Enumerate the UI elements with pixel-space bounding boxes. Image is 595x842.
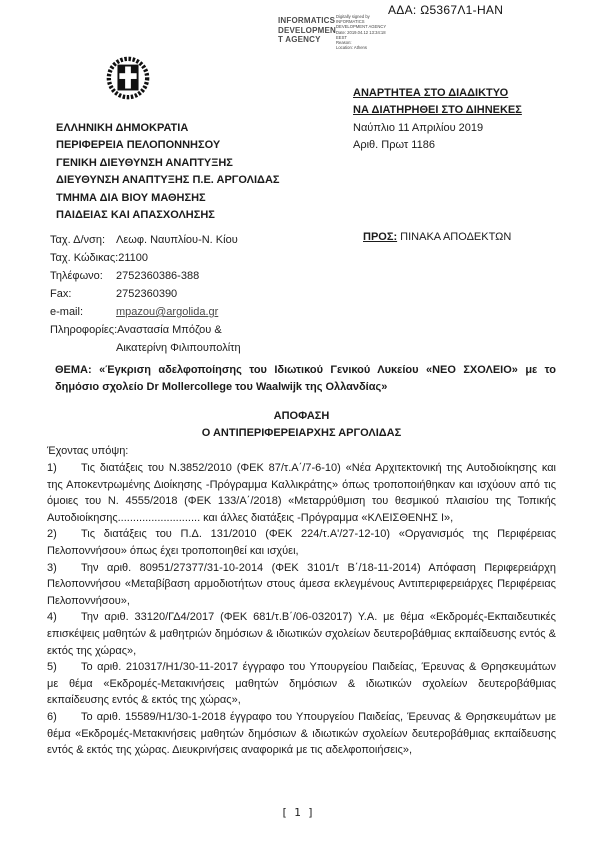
legal-item-text: Τις διατάξεις του Π.Δ. 131/2010 (ΦΕΚ 224… [47,528,556,557]
legal-item: 6)Το αριθ. 15589/Η1/30-1-2018 έγγραφο το… [47,709,556,759]
page-number: [ 1 ] [0,806,595,819]
legal-item-text: Το αριθ. 210317/Η1/30-11-2017 έγγραφο το… [47,661,556,706]
recipient-block: ΠΡΟΣ: ΠΙΝΑΚΑ ΑΠΟΔΕΚΤΩΝ [363,231,511,243]
contact-row: Fax: 2752360390 [50,285,350,303]
issuing-authority-block: ΕΛΛΗΝΙΚΗ ΔΗΜΟΚΡΑΤΙΑ ΠΕΡΙΦΕΡΕΙΑ ΠΕΛΟΠΟΝΝΗ… [56,120,280,224]
legal-item: 1)Τις διατάξεις του Ν.3852/2010 (ΦΕΚ 87/… [47,460,556,526]
contact-row: Αικατερίνη Φιλιπουπολίτη [50,339,350,357]
recipient-label: ΠΡΟΣ: [363,231,397,243]
contact-label: Fax: [50,285,116,303]
subject-label: ΘΕΜΑ: [55,364,92,376]
authority-line: ΠΑΙΔΕΙΑΣ ΚΑΙ ΑΠΑΣΧΟΛΗΣΗΣ [56,207,280,224]
legal-item-number: 5) [47,659,81,676]
authority-line: ΕΛΛΗΝΙΚΗ ΔΗΜΟΚΡΑΤΙΑ [56,120,280,137]
contact-value: Λεωφ. Ναυπλίου-Ν. Κίου [116,231,238,249]
document-page: ΑΔΑ: Ω5367Λ1-ΗΑΝ INFORMATICS DEVELOPMEN … [0,0,595,842]
contact-row: e-mail: mpazou@argolida.gr [50,303,350,321]
contact-value: 2752360386-388 [116,267,199,285]
contact-row: Τηλέφωνο: 2752360386-388 [50,267,350,285]
legal-item-number: 2) [47,526,81,543]
greek-coat-of-arms-icon [105,55,151,106]
ada-code: ΑΔΑ: Ω5367Λ1-ΗΑΝ [388,3,503,17]
legal-item: 4)Την αριθ. 33120/ΓΔ4/2017 (ΦΕΚ 681/τ.Β΄… [47,609,556,659]
contact-label: Ταχ. Κώδικας: [50,249,118,267]
legal-item-text: Τις διατάξεις του Ν.3852/2010 (ΦΕΚ 87/τ.… [47,462,556,524]
legal-item-text: Την αριθ. 33120/ΓΔ4/2017 (ΦΕΚ 681/τ.Β΄/0… [47,611,556,656]
legal-item: 5)Το αριθ. 210317/Η1/30-11-2017 έγγραφο … [47,659,556,709]
contact-value: Αναστασία Μπόζου & [117,321,222,339]
stamp-agency-line: T AGENCY [278,35,336,45]
contact-value: 21100 [118,249,148,267]
decision-title: ΑΠΟΦΑΣΗ [47,408,556,425]
decision-subtitle: Ο ΑΝΤΙΠΕΡΙΦΕΡΕΙΑΡΧΗΣ ΑΡΓΟΛΙΔΑΣ [47,425,556,442]
stamp-sig-line: Location: Athens [336,45,386,50]
authority-line: ΔΙΕΥΘΥΝΣΗ ΑΝΑΠΤΥΞΗΣ Π.Ε. ΑΡΓΟΛΙΔΑΣ [56,172,280,189]
contact-label: Ταχ. Δ/νση: [50,231,116,249]
decision-body: ΑΠΟΦΑΣΗ Ο ΑΝΤΙΠΕΡΙΦΕΡΕΙΑΡΧΗΣ ΑΡΓΟΛΙΔΑΣ Έ… [47,408,556,759]
contact-info-block: Ταχ. Δ/νση: Λεωφ. Ναυπλίου-Ν. Κίου Ταχ. … [50,231,350,357]
legal-item-text: Την αριθ. 80951/27377/31-10-2014 (ΦΕΚ 31… [47,562,556,607]
recipient-value: ΠΙΝΑΚΑ ΑΠΟΔΕΚΤΩΝ [400,231,511,243]
legal-item: 2)Τις διατάξεις του Π.Δ. 131/2010 (ΦΕΚ 2… [47,526,556,559]
signature-stamp-details: Digitally signed by INFORMATICS DEVELOPM… [336,14,386,50]
publication-notice: ΑΝΑΡΤΗΤΕΑ ΣΤΟ ΔΙΑΔΙΚΤΥΟ [353,85,522,102]
stamp-sig-line: DEVELOPMENT AGENCY [336,24,386,29]
legal-item: 3)Την αριθ. 80951/27377/31-10-2014 (ΦΕΚ … [47,560,556,610]
contact-value: Αικατερίνη Φιλιπουπολίτη [116,339,241,357]
decision-intro: Έχοντας υπόψη: [47,443,556,460]
authority-line: ΤΜΗΜΑ ΔΙΑ ΒΙΟΥ ΜΑΘΗΣΗΣ [56,190,280,207]
place-date: Ναύπλιο 11 Απριλίου 2019 [353,120,522,137]
email-link[interactable]: mpazou@argolida.gr [116,303,218,321]
contact-label: Πληροφορίες: [50,321,117,339]
contact-row: Πληροφορίες: Αναστασία Μπόζου & [50,321,350,339]
contact-label: e-mail: [50,303,116,321]
contact-value: 2752360390 [116,285,177,303]
contact-row: Ταχ. Δ/νση: Λεωφ. Ναυπλίου-Ν. Κίου [50,231,350,249]
authority-line: ΠΕΡΙΦΕΡΕΙΑ ΠΕΛΟΠΟΝΝΗΣΟΥ [56,137,280,154]
document-meta-block: ΑΝΑΡΤΗΤΕΑ ΣΤΟ ΔΙΑΔΙΚΤΥΟ ΝΑ ΔΙΑΤΗΡΗΘΕΙ ΣΤ… [353,85,522,155]
protocol-number: Αριθ. Πρωτ 1186 [353,137,522,154]
contact-label: Τηλέφωνο: [50,267,116,285]
contact-label [50,339,116,357]
stamp-agency-line: INFORMATICS [278,16,336,26]
legal-item-number: 1) [47,460,81,477]
subject-paragraph: ΘΕΜΑ: «Έγκριση αδελφοποίησης του Ιδιωτικ… [55,362,556,396]
legal-item-text: Το αριθ. 15589/Η1/30-1-2018 έγγραφο του … [47,711,556,756]
legal-item-number: 6) [47,709,81,726]
subject-text: «Έγκριση αδελφοποίησης του Ιδιωτικού Γεν… [55,364,556,393]
contact-row: Ταχ. Κώδικας: 21100 [50,249,350,267]
stamp-agency-line: DEVELOPMEN [278,26,336,36]
authority-line: ΓΕΝΙΚΗ ΔΙΕΥΘΥΝΣΗ ΑΝΑΠΤΥΞΗΣ [56,155,280,172]
signature-stamp-agency: INFORMATICS DEVELOPMEN T AGENCY [278,16,336,45]
legal-item-number: 4) [47,609,81,626]
legal-item-number: 3) [47,560,81,577]
retention-notice: ΝΑ ΔΙΑΤΗΡΗΘΕΙ ΣΤΟ ΔΙΗΝΕΚΕΣ [353,102,522,119]
